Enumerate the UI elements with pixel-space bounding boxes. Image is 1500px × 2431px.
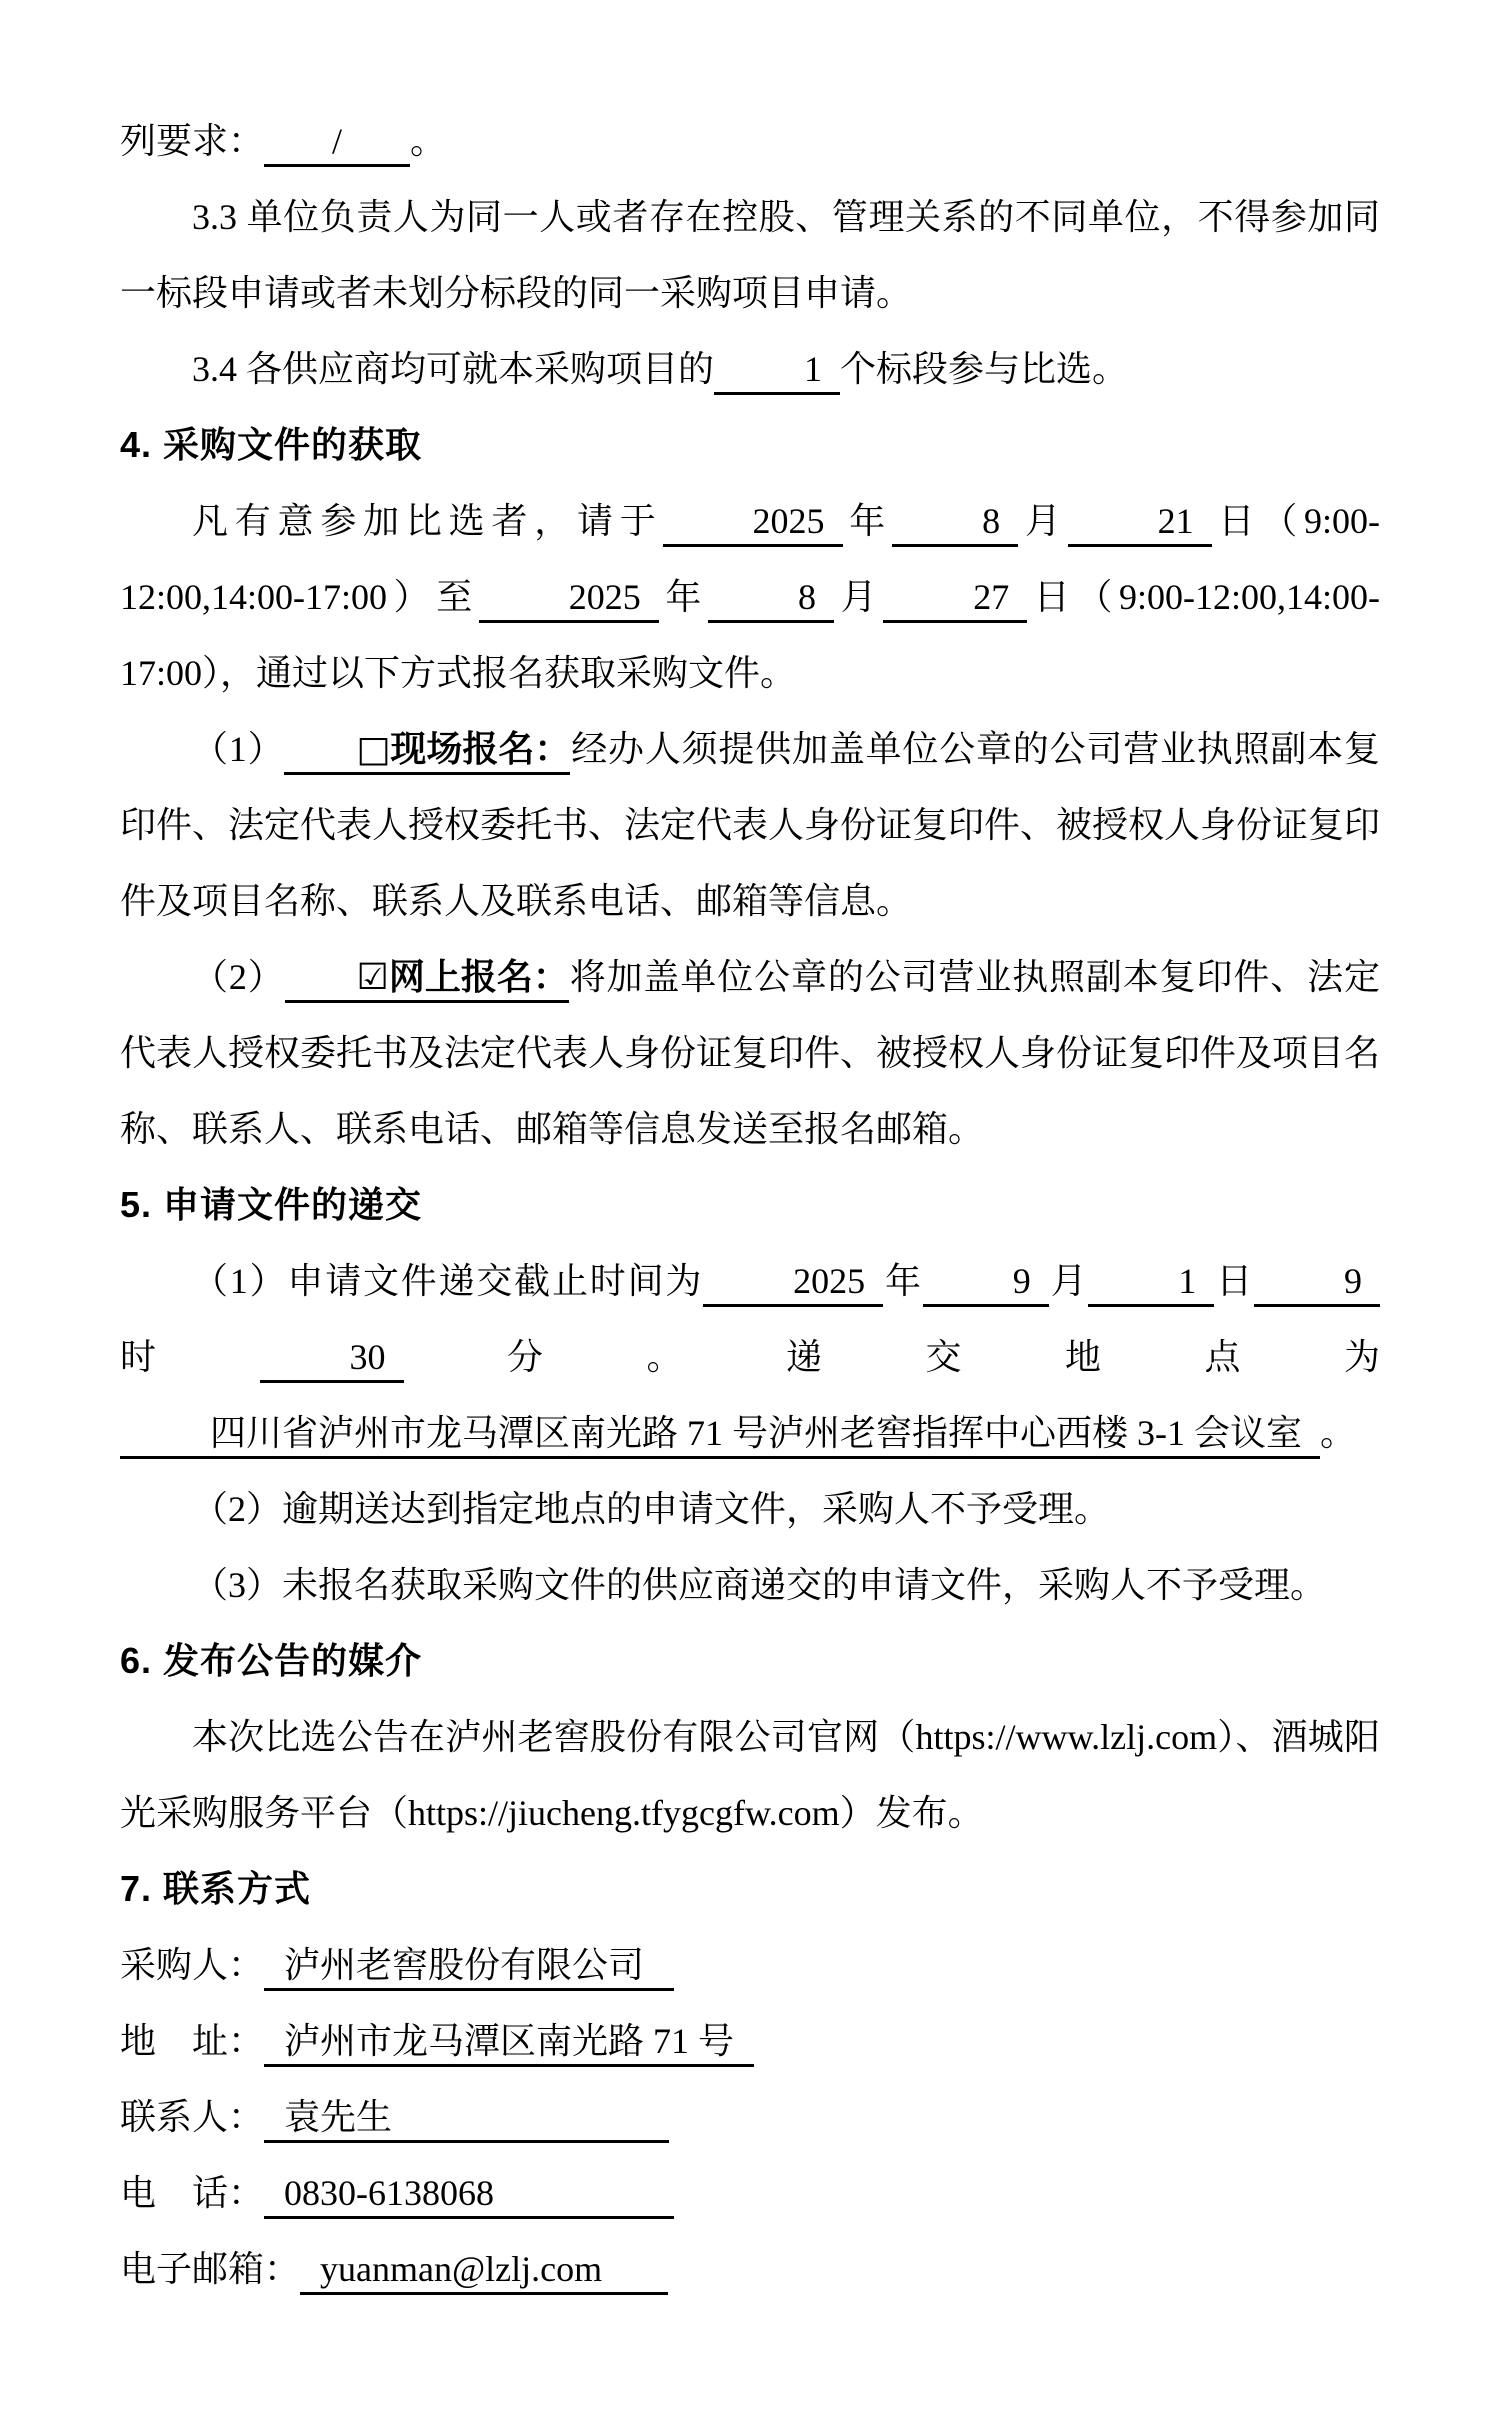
text-run: 。 (1320, 1413, 1356, 1453)
text-run: 月 (1049, 1261, 1089, 1301)
text-run: （2）逾期送达到指定地点的申请文件，采购人不予受理。 (192, 1489, 1110, 1529)
text-run: （3）未报名获取采购文件的供应商递交的申请文件，采购人不予受理。 (192, 1565, 1326, 1605)
text-run: 月 (1018, 501, 1068, 541)
text-run: 列要求： (120, 121, 264, 161)
checkbox-unchecked-icon[interactable]: □ (356, 729, 390, 770)
text-run: 本次比选公告在泸州老窖股份有限公司官网（https://www.lzlj.com… (120, 1717, 1380, 1833)
email-value: yuanman@lzlj.com (300, 2247, 668, 2295)
deadline-minute-field: 30 (260, 1335, 404, 1383)
heading-section-7: 7. 联系方式 (120, 1851, 1380, 1927)
start-day-field: 21 (1068, 499, 1212, 547)
text-run: （1） (192, 729, 284, 769)
contact-row-purchaser: 采购人：泸州老窖股份有限公司 (120, 1927, 1380, 2003)
document-page: 列要求：/。 3.3 单位负责人为同一人或者存在控股、管理关系的不同单位，不得参… (0, 0, 1500, 2431)
paragraph-obtain-documents: 凡有意参加比选者，请于2025年8月21日（9:00-12:00,14:00-1… (120, 483, 1380, 711)
heading-section-5: 5. 申请文件的递交 (120, 1167, 1380, 1243)
text-run: 3.4 各供应商均可就本采购项目的 (192, 349, 714, 389)
start-month-field: 8 (892, 499, 1018, 547)
contact-row-phone: 电 话：0830-6138068 (120, 2155, 1380, 2231)
end-month-field: 8 (708, 575, 834, 623)
address-value: 泸州市龙马潭区南光路 71 号 (264, 2019, 754, 2067)
email-label: 电子邮箱： (120, 2249, 300, 2289)
lot-count-field: 1 (714, 347, 840, 395)
paragraph-late-submission: （2）逾期送达到指定地点的申请文件，采购人不予受理。 (120, 1471, 1380, 1547)
heading-section-4: 4. 采购文件的获取 (120, 407, 1380, 483)
paragraph-unregistered-submission: （3）未报名获取采购文件的供应商递交的申请文件，采购人不予受理。 (120, 1547, 1380, 1623)
heading-section-6: 6. 发布公告的媒介 (120, 1623, 1380, 1699)
address-label: 地 址： (120, 2021, 264, 2061)
contact-person-value: 袁先生 (264, 2095, 669, 2143)
paragraph-3-3: 3.3 单位负责人为同一人或者存在控股、管理关系的不同单位，不得参加同一标段申请… (120, 179, 1380, 331)
contact-row-person: 联系人：袁先生 (120, 2079, 1380, 2155)
end-day-field: 27 (883, 575, 1027, 623)
blank-slash-field: / (264, 119, 410, 167)
text-run: （1）申请文件递交截止时间为 (192, 1261, 703, 1301)
paragraph-onsite-registration: （1）□现场报名：经办人须提供加盖单位公章的公司营业执照副本复印件、法定代表人授… (120, 711, 1380, 939)
text-run: 凡有意参加比选者，请于 (192, 501, 663, 541)
contact-row-email: 电子邮箱：yuanman@lzlj.com (120, 2231, 1380, 2307)
paragraph-announcement-media: 本次比选公告在泸州老窖股份有限公司官网（https://www.lzlj.com… (120, 1699, 1380, 1851)
deadline-day-field: 1 (1088, 1259, 1214, 1307)
contact-person-label: 联系人： (120, 2097, 264, 2137)
text-run: 年 (843, 501, 893, 541)
text-run: 分。递交地点为 (404, 1337, 1380, 1377)
phone-value: 0830-6138068 (264, 2171, 674, 2219)
paragraph-3-4: 3.4 各供应商均可就本采购项目的1个标段参与比选。 (120, 331, 1380, 407)
end-year-field: 2025 (479, 575, 659, 623)
purchaser-label: 采购人： (120, 1945, 264, 1985)
deadline-year-field: 2025 (703, 1259, 883, 1307)
paragraph-online-registration: （2）☑网上报名：将加盖单位公章的公司营业执照副本复印件、法定代表人授权委托书及… (120, 939, 1380, 1167)
onsite-registration-label: □现场报名： (284, 727, 570, 775)
text-run: 年 (883, 1261, 923, 1301)
start-year-field: 2025 (663, 499, 843, 547)
online-registration-label: ☑网上报名： (285, 955, 569, 1003)
text-run: 年 (659, 577, 708, 617)
text-run: 日 (1214, 1261, 1254, 1301)
onsite-label-text: 现场报名： (390, 729, 570, 769)
deadline-hour-field: 9 (1254, 1259, 1380, 1307)
online-label-text: 网上报名： (389, 957, 569, 997)
phone-label: 电 话： (120, 2173, 264, 2213)
text-run: 3.3 单位负责人为同一人或者存在控股、管理关系的不同单位，不得参加同一标段申请… (120, 197, 1380, 313)
checkbox-checked-icon[interactable]: ☑ (357, 957, 389, 998)
paragraph-continuation: 列要求：/。 (120, 103, 1380, 179)
deadline-month-field: 9 (923, 1259, 1049, 1307)
purchaser-value: 泸州老窖股份有限公司 (264, 1943, 674, 1991)
text-run: （2） (192, 957, 285, 997)
paragraph-submission-deadline: （1）申请文件递交截止时间为2025年9月1日9时30分。递交地点为四川省泸州市… (120, 1243, 1380, 1471)
contact-row-address: 地 址：泸州市龙马潭区南光路 71 号 (120, 2003, 1380, 2079)
text-run: 个标段参与比选。 (840, 349, 1128, 389)
submission-address-field: 四川省泸州市龙马潭区南光路 71 号泸州老窖指挥中心西楼 3-1 会议室 (120, 1411, 1320, 1459)
text-run: 月 (834, 577, 883, 617)
text-run: 。 (410, 121, 446, 161)
text-run: 时 (120, 1337, 260, 1377)
